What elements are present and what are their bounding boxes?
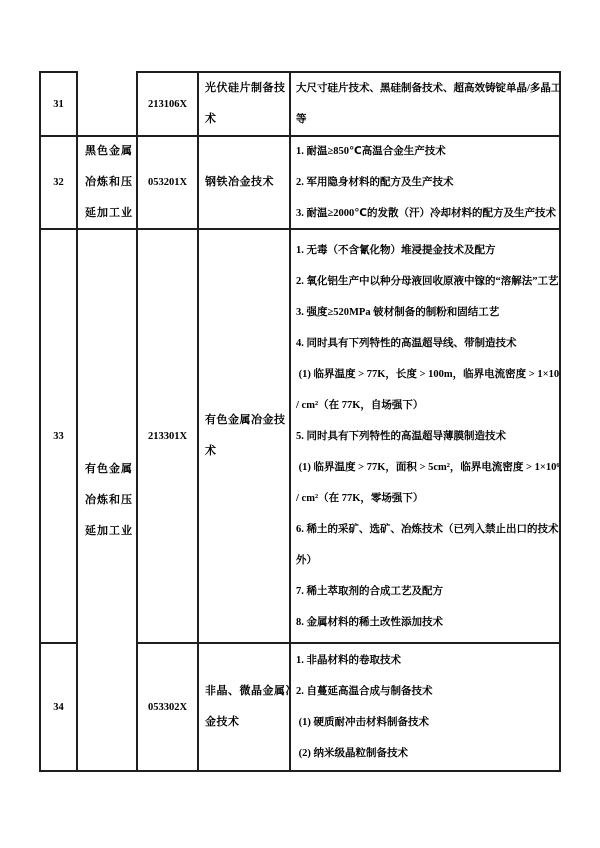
content-line: 外） [296, 545, 559, 576]
code-cell: 053302X [138, 644, 199, 772]
content-line: (1) 临界温度 > 77K，面积 > 5cm²，临界电流密度 > 1×10⁶ … [296, 452, 559, 483]
category-cell: 黑色金属 冶炼和压 延加工业 [78, 137, 138, 230]
tech-name-line: 金技术 [205, 707, 289, 738]
content-line: 大尺寸硅片技术、黑硅制备技术、超高效铸锭单晶/多晶工艺 [296, 73, 559, 104]
tech-name-cell: 非晶、微晶金属冶 金技术 [199, 644, 291, 772]
content-line: 2. 氧化铝生产中以种分母液回收原液中镓的“溶解法”工艺 [296, 266, 559, 297]
content-line: 1. 耐温≥850℃高温合金生产技术 [296, 137, 559, 167]
control-points-cell: 1. 耐温≥850℃高温合金生产技术 2. 军用隐身材料的配方及生产技术 3. … [291, 137, 561, 230]
content-line: (1) 临界温度 > 77K，长度 > 100m，临界电流密度 > 1×10⁴ … [296, 359, 559, 390]
control-points-cell: 1. 非晶材料的卷取技术 2. 自蔓延高温合成与制备技术 (1) 硬质耐冲击材料… [291, 644, 561, 772]
code-value: 053201X [148, 167, 187, 198]
content-line: 等 [296, 104, 559, 135]
code-cell: 213106X [138, 71, 199, 137]
content-line: (2) 纳米级晶粒制备技术 [296, 738, 559, 769]
tech-name-line: 光伏硅片制备技 [205, 73, 289, 104]
tech-name-line: 术 [205, 104, 289, 135]
content-line: (1) 硬质耐冲击材料制备技术 [296, 707, 559, 738]
row-number-cell: 33 [41, 230, 78, 644]
code-value: 213106X [148, 89, 187, 120]
content-line: 7. 稀土萃取剂的合成工艺及配方 [296, 576, 559, 607]
document-page: { "page": { "background": "#ffffff", "te… [0, 0, 600, 848]
row-number-cell: 31 [41, 71, 78, 137]
content-line: 4. 同时具有下列特性的高温超导线、带制造技术 [296, 328, 559, 359]
row-number-cell: 32 [41, 137, 78, 230]
tech-name-cell: 光伏硅片制备技 术 [199, 71, 291, 137]
row-number-cell: 34 [41, 644, 78, 772]
row-number: 34 [53, 692, 64, 723]
category-line: 黑色金属 [85, 137, 136, 167]
content-line: 1. 非晶材料的卷取技术 [296, 645, 559, 676]
content-line: 2. 军用隐身材料的配方及生产技术 [296, 167, 559, 198]
category-cell-merged: 有色金属 冶炼和压 延加工业 [78, 230, 138, 772]
control-points-cell: 大尺寸硅片技术、黑硅制备技术、超高效铸锭单晶/多晶工艺 等 [291, 71, 561, 137]
code-value: 053302X [148, 692, 187, 723]
category-line: 冶炼和压 [85, 167, 136, 198]
code-cell: 213301X [138, 230, 199, 644]
content-line: 3. 耐温≥2000℃的发散（汗）冷却材料的配方及生产技术 [296, 198, 559, 229]
tech-name-line: 术 [205, 436, 289, 467]
row-number: 31 [53, 89, 64, 120]
tech-name-cell: 钢铁冶金技术 [199, 137, 291, 230]
tech-name-line: 钢铁冶金技术 [205, 167, 289, 198]
code-value: 213301X [148, 421, 187, 452]
content-line: 1. 无毒（不含氰化物）堆浸提金技术及配方 [296, 235, 559, 266]
row-number: 32 [53, 167, 64, 198]
content-line: / cm²（在 77K，零场强下） [296, 483, 559, 514]
category-line: 延加工业 [85, 516, 136, 547]
category-line: 延加工业 [85, 198, 136, 229]
tech-name-cell: 有色金属冶金技 术 [199, 230, 291, 644]
row-number: 33 [53, 421, 64, 452]
control-points-cell: 1. 无毒（不含氰化物）堆浸提金技术及配方 2. 氧化铝生产中以种分母液回收原液… [291, 230, 561, 644]
tech-name-line: 非晶、微晶金属冶 [205, 676, 289, 707]
content-line: 8. 金属材料的稀土改性添加技术 [296, 607, 559, 638]
category-line: 有色金属 [85, 454, 136, 485]
tech-name-line: 有色金属冶金技 [205, 405, 289, 436]
content-line: 2. 自蔓延高温合成与制备技术 [296, 676, 559, 707]
content-line: 5. 同时具有下列特性的高温超导薄膜制造技术 [296, 421, 559, 452]
content-line: 3. 强度≥520MPa 铍材制备的制粉和固结工艺 [296, 297, 559, 328]
category-line: 冶炼和压 [85, 485, 136, 516]
code-cell: 053201X [138, 137, 199, 230]
category-cell-continued [78, 71, 138, 137]
technology-catalog-table: 31 213106X 光伏硅片制备技 术 大尺寸硅片技术、黑硅制备技术、超高效铸… [39, 71, 561, 772]
content-line: 6. 稀土的采矿、选矿、冶炼技术（已列入禁止出口的技术除 [296, 514, 559, 545]
content-line: / cm²（在 77K，自场强下） [296, 390, 559, 421]
